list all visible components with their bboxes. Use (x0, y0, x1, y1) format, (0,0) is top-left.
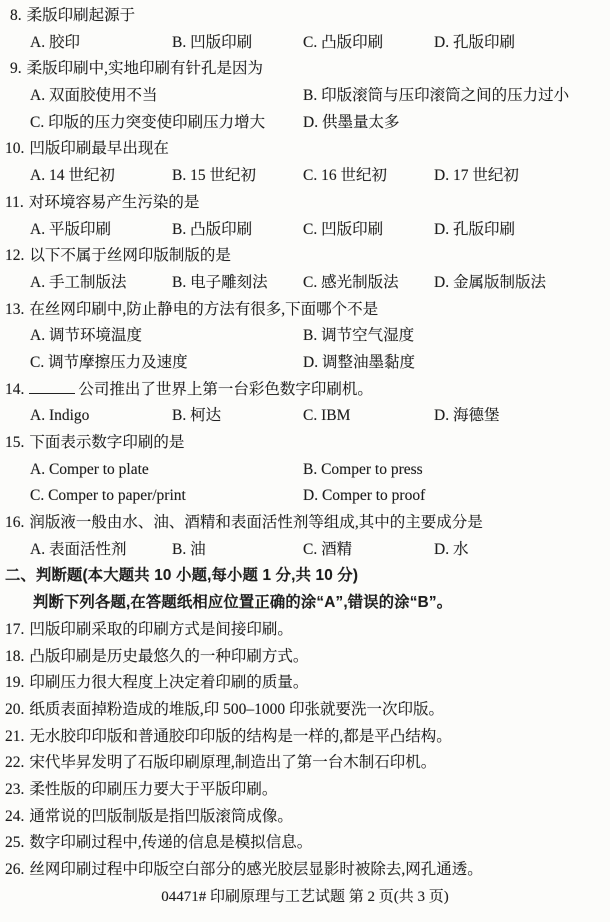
tf-question-20: 20.纸质表面掉粉造成的堆版,印 500–1000 印张就要洗一次印版。 (0, 697, 610, 724)
question-number: 19. (5, 674, 24, 691)
exam-page: 8.柔版印刷起源于 A. 胶印 B. 凹版印刷 C. 凸版印刷 D. 孔版印刷 … (0, 0, 610, 922)
tf-question-18: 18.凸版印刷是历史最悠久的一种印刷方式。 (0, 644, 610, 671)
question-text: 宋代毕昇发明了石版印刷原理,制造出了第一台木制石印机。 (29, 754, 436, 771)
option-c: C. 凹版印刷 (303, 217, 434, 244)
option-b: B. 印版滚筒与压印滚筒之间的压力过小 (303, 83, 610, 110)
option-b: B. 柯达 (172, 403, 303, 430)
question-number: 16. (5, 514, 24, 531)
question-text: 对环境容易产生污染的是 (29, 194, 200, 211)
question-13-stem: 13.在丝网印刷中,防止静电的方法有很多,下面哪个不是 (0, 297, 610, 324)
option-b: B. 凹版印刷 (172, 30, 303, 57)
question-number: 25. (5, 834, 24, 851)
question-11-options: A. 平版印刷 B. 凸版印刷 C. 凹版印刷 D. 孔版印刷 (30, 217, 610, 244)
question-9-stem: 9.柔版印刷中,实地印刷有针孔是因为 (0, 56, 610, 83)
question-13-options-row1: A. 调节环境温度 B. 调节空气湿度 (30, 323, 610, 350)
question-text: 柔版印刷起源于 (27, 7, 136, 24)
question-number: 8. (10, 7, 22, 24)
option-b: B. 凸版印刷 (172, 217, 303, 244)
option-b: B. Comper to press (303, 457, 610, 484)
question-text: 通常说的凹版制版是指凹版滚筒成像。 (29, 808, 293, 825)
tf-question-26: 26.丝网印刷过程中印版空白部分的感光胶层显影时被除去,网孔通透。 (0, 857, 610, 884)
option-a: A. 胶印 (30, 30, 172, 57)
question-8-stem: 8.柔版印刷起源于 (0, 3, 610, 30)
question-text: 无水胶印印版和普通胶印印版的结构是一样的,都是平凸结构。 (29, 728, 451, 745)
question-number: 13. (5, 301, 24, 318)
option-a: A. Comper to plate (30, 457, 303, 484)
section-2-instruction: 判断下列各题,在答题纸相应位置正确的涂“A”,错误的涂“B”。 (0, 590, 610, 617)
question-15-options-row2: C. Comper to paper/print D. Comper to pr… (30, 483, 610, 510)
question-text: 柔版印刷中,实地印刷有针孔是因为 (27, 60, 263, 77)
question-8-options: A. 胶印 B. 凹版印刷 C. 凸版印刷 D. 孔版印刷 (30, 30, 610, 57)
question-11-stem: 11.对环境容易产生污染的是 (0, 190, 610, 217)
question-number: 21. (5, 728, 24, 745)
option-a: A. 手工制版法 (30, 270, 172, 297)
tf-question-23: 23.柔性版的印刷压力要大于平版印刷。 (0, 777, 610, 804)
tf-question-17: 17.凹版印刷采取的印刷方式是间接印刷。 (0, 617, 610, 644)
question-text: 纸质表面掉粉造成的堆版,印 500–1000 印张就要洗一次印版。 (29, 701, 444, 718)
option-d: D. 17 世纪初 (434, 163, 610, 190)
option-b: B. 调节空气湿度 (303, 323, 610, 350)
question-text: 在丝网印刷中,防止静电的方法有很多,下面哪个不是 (29, 301, 378, 318)
option-a: A. 平版印刷 (30, 217, 172, 244)
option-c: C. 酒精 (303, 537, 434, 564)
question-text: 公司推出了世界上第一台彩色数字印刷机。 (78, 381, 373, 398)
option-d: D. 孔版印刷 (434, 217, 610, 244)
option-a: A. Indigo (30, 403, 172, 430)
option-a: A. 表面活性剂 (30, 537, 172, 564)
option-d: D. 金属版制版法 (434, 270, 610, 297)
question-number: 23. (5, 781, 24, 798)
option-d: D. 供墨量太多 (303, 110, 610, 137)
question-number: 14. (5, 381, 24, 398)
option-c: C. Comper to paper/print (30, 483, 303, 510)
question-text: 凹版印刷采取的印刷方式是间接印刷。 (29, 621, 293, 638)
question-number: 11. (5, 194, 24, 211)
option-b: B. 15 世纪初 (172, 163, 303, 190)
option-d: D. 水 (434, 537, 610, 564)
option-a: A. 双面胶使用不当 (30, 83, 303, 110)
question-15-options-row1: A. Comper to plate B. Comper to press (30, 457, 610, 484)
question-number: 22. (5, 754, 24, 771)
option-c: C. 调节摩擦压力及速度 (30, 350, 303, 377)
question-text: 印刷压力很大程度上决定着印刷的质量。 (29, 674, 308, 691)
question-text: 丝网印刷过程中印版空白部分的感光胶层显影时被除去,网孔通透。 (29, 861, 482, 878)
page-footer: 04471# 印刷原理与工艺试题 第 2 页(共 3 页) (0, 884, 610, 911)
question-13-options-row2: C. 调节摩擦压力及速度 D. 调整油墨黏度 (30, 350, 610, 377)
option-a: A. 14 世纪初 (30, 163, 172, 190)
question-14-stem: 14.公司推出了世界上第一台彩色数字印刷机。 (0, 377, 610, 404)
option-d: D. 海德堡 (434, 403, 610, 430)
option-c: C. 感光制版法 (303, 270, 434, 297)
question-number: 15. (5, 434, 24, 451)
question-text: 润版液一般由水、油、酒精和表面活性剂等组成,其中的主要成分是 (29, 514, 482, 531)
question-text: 凸版印刷是历史最悠久的一种印刷方式。 (29, 648, 308, 665)
question-text: 柔性版的印刷压力要大于平版印刷。 (29, 781, 277, 798)
option-b: B. 油 (172, 537, 303, 564)
question-number: 24. (5, 808, 24, 825)
question-10-stem: 10.凹版印刷最早出现在 (0, 136, 610, 163)
question-9-options-row2: C. 印版的压力突变使印刷压力增大 D. 供墨量太多 (30, 110, 610, 137)
question-9-options-row1: A. 双面胶使用不当 B. 印版滚筒与压印滚筒之间的压力过小 (30, 83, 610, 110)
option-d: D. Comper to proof (303, 483, 610, 510)
question-number: 9. (10, 60, 22, 77)
option-c: C. 16 世纪初 (303, 163, 434, 190)
question-16-options: A. 表面活性剂 B. 油 C. 酒精 D. 水 (30, 537, 610, 564)
option-b: B. 电子雕刻法 (172, 270, 303, 297)
option-c: C. 凸版印刷 (303, 30, 434, 57)
question-text: 下面表示数字印刷的是 (29, 434, 184, 451)
question-12-options: A. 手工制版法 B. 电子雕刻法 C. 感光制版法 D. 金属版制版法 (30, 270, 610, 297)
question-number: 18. (5, 648, 24, 665)
option-a: A. 调节环境温度 (30, 323, 303, 350)
question-text: 数字印刷过程中,传递的信息是模拟信息。 (29, 834, 312, 851)
question-12-stem: 12.以下不属于丝网印版制版的是 (0, 243, 610, 270)
option-d: D. 孔版印刷 (434, 30, 610, 57)
tf-question-25: 25.数字印刷过程中,传递的信息是模拟信息。 (0, 830, 610, 857)
question-10-options: A. 14 世纪初 B. 15 世纪初 C. 16 世纪初 D. 17 世纪初 (30, 163, 610, 190)
tf-question-19: 19.印刷压力很大程度上决定着印刷的质量。 (0, 670, 610, 697)
question-text: 凹版印刷最早出现在 (29, 140, 169, 157)
option-d: D. 调整油墨黏度 (303, 350, 610, 377)
option-c: C. IBM (303, 403, 434, 430)
tf-question-24: 24.通常说的凹版制版是指凹版滚筒成像。 (0, 804, 610, 831)
tf-question-21: 21.无水胶印印版和普通胶印印版的结构是一样的,都是平凸结构。 (0, 724, 610, 751)
question-15-stem: 15.下面表示数字印刷的是 (0, 430, 610, 457)
question-number: 26. (5, 861, 24, 878)
question-number: 12. (5, 247, 24, 264)
question-number: 10. (5, 140, 24, 157)
tf-question-22: 22.宋代毕昇发明了石版印刷原理,制造出了第一台木制石印机。 (0, 750, 610, 777)
section-2-title: 二、判断题(本大题共 10 小题,每小题 1 分,共 10 分) (0, 563, 610, 590)
question-text: 以下不属于丝网印版制版的是 (29, 247, 231, 264)
question-16-stem: 16.润版液一般由水、油、酒精和表面活性剂等组成,其中的主要成分是 (0, 510, 610, 537)
option-c: C. 印版的压力突变使印刷压力增大 (30, 110, 303, 137)
question-number: 17. (5, 621, 24, 638)
question-14-options: A. Indigo B. 柯达 C. IBM D. 海德堡 (30, 403, 610, 430)
question-number: 20. (5, 701, 24, 718)
fill-in-blank-underline (29, 380, 75, 394)
